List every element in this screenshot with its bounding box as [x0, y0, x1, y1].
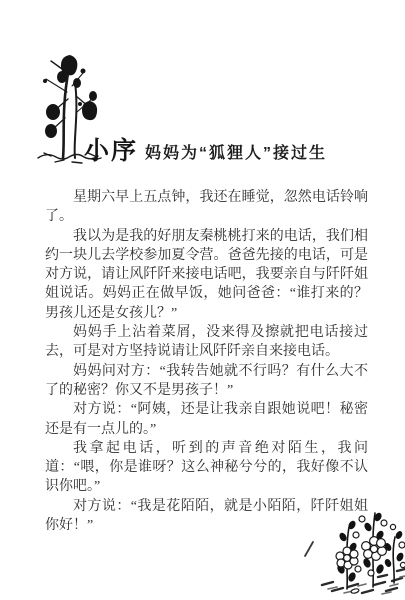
chapter-header: 小序 妈妈为“狐狸人”接过生 [84, 131, 327, 167]
body-paragraph: 对方说：“阿姨，还是让我亲自跟她说吧！秘密还是有一点儿的。” [45, 400, 368, 439]
flowers-illustration [318, 507, 405, 600]
book-page: 小序 妈妈为“狐狸人”接过生 星期六早上五点钟，我还在睡觉，忽然电话铃响了。 我… [0, 0, 405, 600]
section-label: 小序 [84, 131, 138, 167]
body-paragraph: 妈妈问对方：“我转告她就不行吗？有什么大不了的秘密？你又不是男孩子！” [45, 362, 368, 401]
story-body: 星期六早上五点钟，我还在睡觉，忽然电话铃响了。 我以为是我的好朋友秦桃桃打来的电… [45, 188, 368, 535]
slash-stroke-icon [302, 539, 316, 564]
body-paragraph: 我以为是我的好朋友秦桃桃打来的电话，我们相约一块儿去学校参加夏令营。爸爸先接的电… [45, 227, 368, 323]
chapter-title: 妈妈为“狐狸人”接过生 [145, 135, 327, 163]
body-paragraph: 妈妈手上沾着菜屑，没来得及擦就把电话接过去，可是对方坚持说请让风阡阡亲自来接电话… [45, 323, 368, 362]
flowers-illustration-svg [318, 507, 405, 595]
body-paragraph: 我拿起电话，听到的声音绝对陌生，我问道：“喂，你是谁呀？这么神秘兮兮的，我好像不… [45, 439, 368, 497]
body-paragraph: 星期六早上五点钟，我还在睡觉，忽然电话铃响了。 [45, 188, 368, 227]
